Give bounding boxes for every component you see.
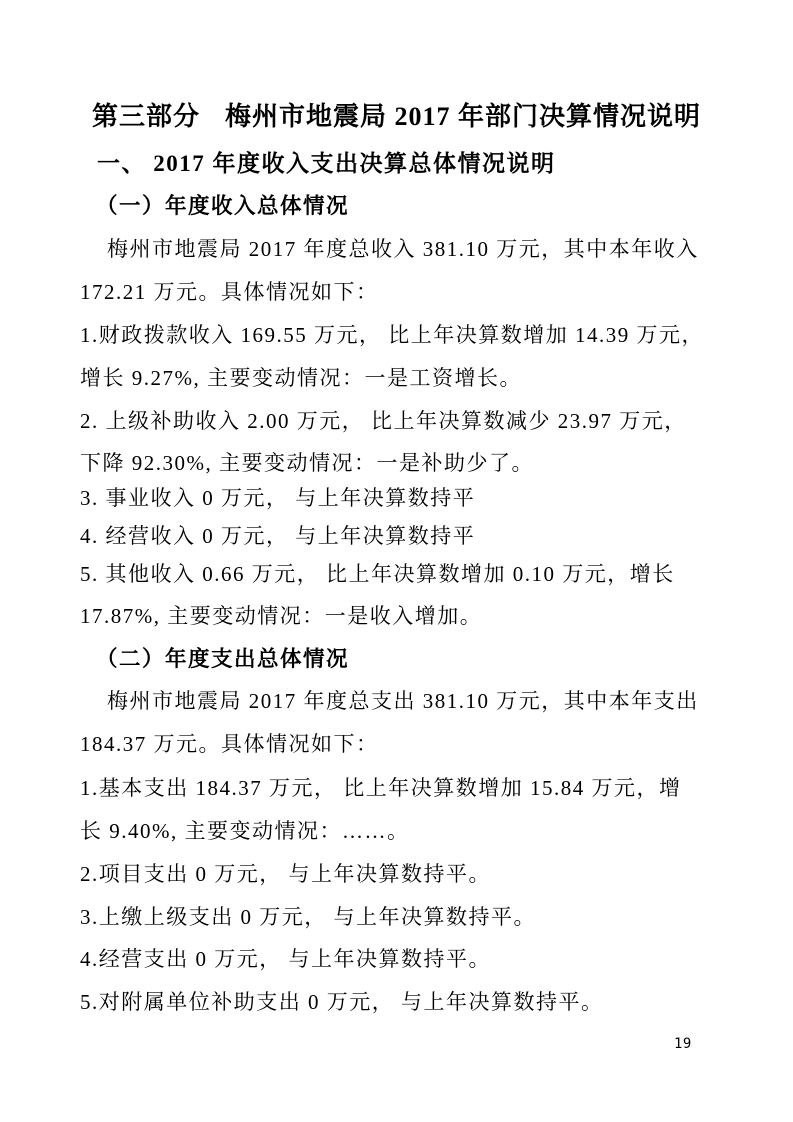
body-line: 17.87%, 主要变动情况：一是收入增加。 [80, 603, 720, 629]
body-line: 长 9.40%, 主要变动情况：……。 [80, 818, 720, 844]
body-line: 3.上缴上级支出 0 万元， 与上年决算数持平。 [80, 904, 720, 930]
income-subheading: （一）年度收入总体情况 [80, 189, 349, 220]
body-line: 下降 92.30%, 主要变动情况：一是补助少了。 [80, 450, 720, 476]
page-number: 19 [674, 1036, 692, 1052]
body-line: 2. 上级补助收入 2.00 万元， 比上年决算数减少 23.97 万元， [80, 408, 720, 434]
expenditure-subheading: （二）年度支出总体情况 [80, 642, 349, 673]
body-line: 184.37 万元。具体情况如下： [80, 731, 720, 757]
body-line: 3. 事业收入 0 万元， 与上年决算数持平 [80, 485, 720, 511]
body-line: 5.对附属单位补助支出 0 万元， 与上年决算数持平。 [80, 989, 720, 1015]
body-line: 梅州市地震局 2017 年度总支出 381.10 万元，其中本年支出 [80, 688, 720, 714]
doc-title-part: 第三部分 [92, 102, 200, 131]
section-heading: 一、 2017 年度收入支出决算总体情况说明 [80, 145, 556, 178]
body-line: 1.财政拨款收入 169.55 万元， 比上年决算数增加 14.39 万元， [80, 322, 720, 348]
doc-title-text: 梅州市地震局 2017 年部门决算情况说明 [225, 102, 701, 131]
document-page: 第三部分梅州市地震局 2017 年部门决算情况说明 一、 2017 年度收入支出… [0, 0, 793, 1122]
body-line: 5. 其他收入 0.66 万元， 比上年决算数增加 0.10 万元，增长 [80, 561, 720, 587]
doc-title: 第三部分梅州市地震局 2017 年部门决算情况说明 [0, 96, 793, 133]
body-line: 172.21 万元。具体情况如下： [80, 279, 720, 305]
body-line: 1.基本支出 184.37 万元， 比上年决算数增加 15.84 万元，增 [80, 775, 720, 801]
body-line: 4.经营支出 0 万元， 与上年决算数持平。 [80, 946, 720, 972]
body-line: 4. 经营收入 0 万元， 与上年决算数持平 [80, 523, 720, 549]
body-line: 2.项目支出 0 万元， 与上年决算数持平。 [80, 861, 720, 887]
body-line: 梅州市地震局 2017 年度总收入 381.10 万元，其中本年收入 [80, 236, 720, 262]
body-line: 增长 9.27%, 主要变动情况：一是工资增长。 [80, 365, 720, 391]
